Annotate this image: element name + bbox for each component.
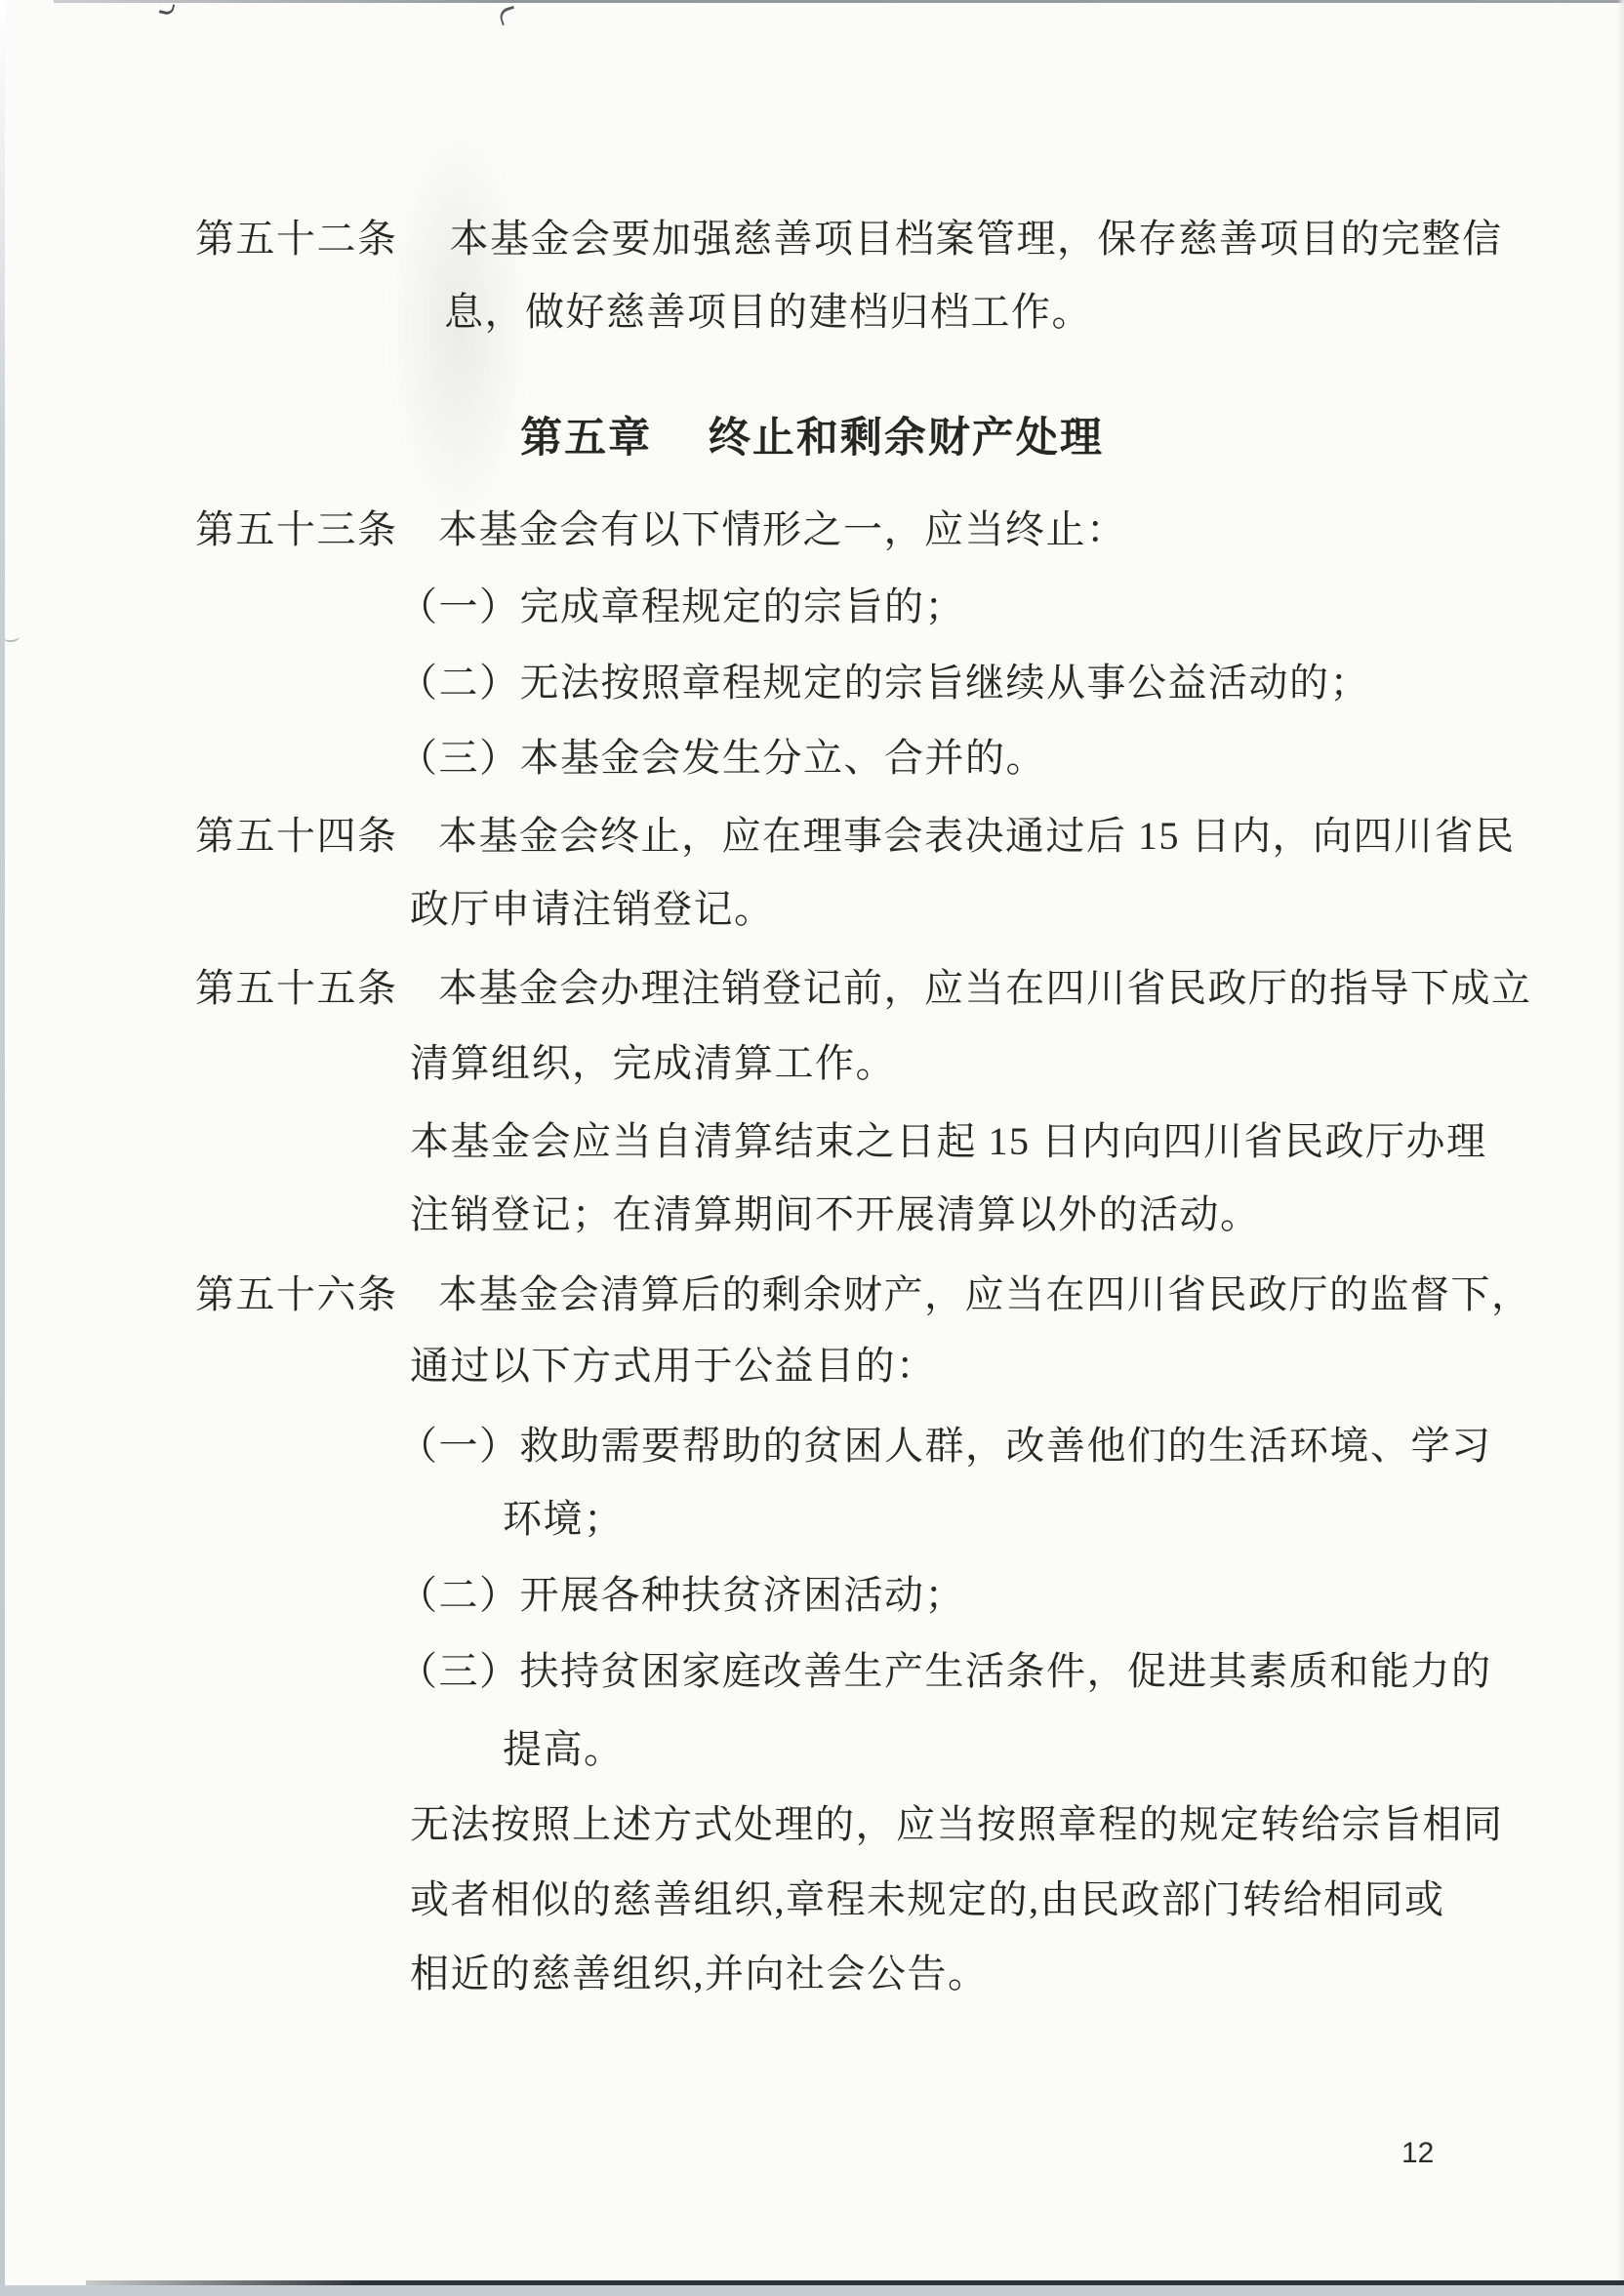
scan-top-edge-shadow xyxy=(54,0,1624,3)
ink-mark xyxy=(159,1,175,16)
article-56-item-3: （三）扶持贫困家庭改善生产生活条件，促进其素质和能力的 xyxy=(398,1646,1492,1697)
article-53-item-3: （三）本基金会发生分立、合并的。 xyxy=(398,733,1046,784)
scanned-document-page: 第五十二条 本基金会要加强慈善项目档案管理，保存慈善项目的完整信 息，做好慈善项… xyxy=(0,0,1624,2296)
article-54-line-2: 政厅申请注销登记。 xyxy=(410,884,775,935)
article-56-item-1-cont: 环境； xyxy=(503,1494,625,1545)
article-55-line-1: 第五十五条 本基金会办理注销登记前，应当在四川省民政厅的指导下成立 xyxy=(195,963,1532,1014)
article-54-line-1: 第五十四条 本基金会终止，应在理事会表决通过后 15 日内，向四川省民 xyxy=(195,811,1516,862)
page-number: 12 xyxy=(1401,2137,1434,2170)
article-56-item-2: （二）开展各种扶贫济困活动； xyxy=(398,1570,965,1621)
scan-left-edge-shadow xyxy=(0,0,5,2296)
article-52-line-2: 息，做好慈善项目的建档归档工作。 xyxy=(444,287,1092,338)
article-55-line-4: 注销登记；在清算期间不开展清算以外的活动。 xyxy=(410,1189,1261,1240)
article-56-line-1: 第五十六条 本基金会清算后的剩余财产，应当在四川省民政厅的监督下， xyxy=(195,1269,1532,1320)
article-56-item-3-cont: 提高。 xyxy=(503,1724,625,1775)
scanner-bed-strip xyxy=(0,2285,1624,2296)
article-56-closing-line-3: 相近的慈善组织,并向社会公告。 xyxy=(410,1949,989,1999)
ink-mark xyxy=(3,631,20,643)
chapter-heading: 第五章 终止和剩余财产处理 xyxy=(0,411,1624,467)
article-53-item-2: （二）无法按照章程规定的宗旨继续从事公益活动的； xyxy=(398,658,1370,708)
article-53-item-1: （一）完成章程规定的宗旨的； xyxy=(398,582,965,632)
article-56-closing-line-2: 或者相似的慈善组织,章程未规定的,由民政部门转给相同或 xyxy=(410,1874,1445,1925)
article-56-item-1: （一）救助需要帮助的贫困人群，改善他们的生活环境、学习 xyxy=(398,1421,1492,1471)
article-53-line-1: 第五十三条 本基金会有以下情形之一，应当终止： xyxy=(195,504,1127,555)
article-55-line-2: 清算组织，完成清算工作。 xyxy=(410,1038,896,1089)
scan-right-edge-shadow xyxy=(1617,0,1624,2296)
article-55-line-3: 本基金会应当自清算结束之日起 15 日内向四川省民政厅办理 xyxy=(410,1116,1487,1167)
article-52-line-1: 第五十二条 本基金会要加强慈善项目档案管理，保存慈善项目的完整信 xyxy=(195,214,1503,264)
article-56-line-2: 通过以下方式用于公益目的： xyxy=(410,1341,937,1391)
ink-mark xyxy=(498,6,518,25)
article-56-closing-line-1: 无法按照上述方式处理的，应当按照章程的规定转给宗旨相同 xyxy=(410,1799,1504,1850)
